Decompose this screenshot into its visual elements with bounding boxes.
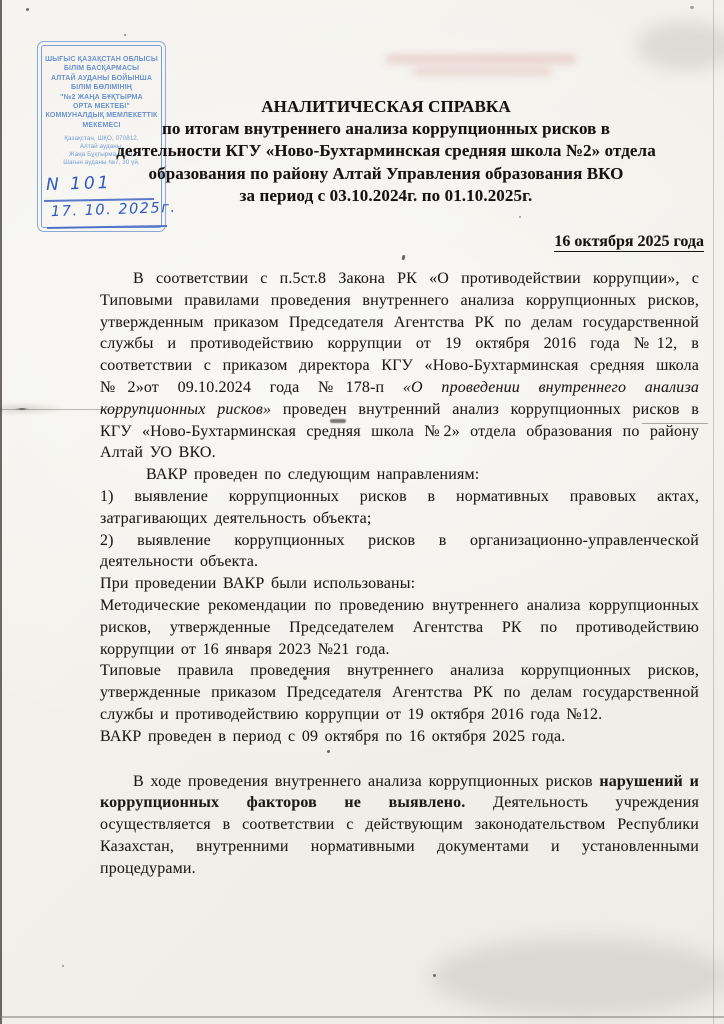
title-line-5: за период с 03.10.2024г. по 01.10.2025г. [72, 185, 700, 207]
document-date: 16 октября 2025 года [554, 233, 704, 252]
paragraph-direction-1: 1) выявление коррупционных рисков в норм… [100, 486, 699, 530]
paragraph-direction-2: 2) выявление коррупционных рисков в орга… [100, 530, 699, 574]
page-edge-right [713, 0, 714, 1024]
stamp-org-line: АЛТАЙ АУДАНЫ БОЙЫНША [42, 74, 161, 83]
paragraph-method-recommendations: Методические рекомендации по проведению … [100, 595, 699, 660]
scan-speck [124, 34, 126, 36]
paragraph-standard-rules: Типовые правила проведения внутреннего а… [100, 660, 699, 725]
staple-mark [0, 402, 66, 416]
page-edge-bottom [0, 1016, 724, 1018]
scanned-document-page: { "colors": { "paper": "#f2f0ea", "text"… [0, 0, 724, 1024]
scan-shadow-bottom-right [430, 938, 724, 1016]
scan-speck [62, 965, 64, 967]
paragraph-legal-basis: В соответствии с п.5ст.8 Закона РК «О пр… [100, 268, 699, 464]
page-edge-left [0, 0, 2, 1024]
document-title: АНАЛИТИЧЕСКАЯ СПРАВКА по итогам внутренн… [72, 96, 700, 207]
title-line-4: образования по району Алтай Управления о… [72, 163, 700, 185]
title-line-3: деятельности КГУ «Ново-Бухтарминская сре… [72, 140, 700, 162]
paragraph-text: В ходе проведения внутреннего анализа ко… [133, 773, 599, 790]
paragraph-conclusion: В ходе проведения внутреннего анализа ко… [100, 771, 699, 880]
stamp-org-line: ШЫҒЫС ҚАЗАҚСТАН ОБЛЫСЫ [42, 55, 161, 64]
title-line-2: по итогам внутреннего анализа коррупцион… [72, 118, 700, 140]
document-body: В соответствии с п.5ст.8 Закона РК «О пр… [100, 268, 699, 880]
paragraph-period: ВАКР проведен в период с 09 октября по 1… [100, 726, 699, 748]
ink-bleed-through-mark [378, 52, 596, 82]
stamp-org-line: БІЛІМ БӨЛІМІНІҢ [42, 83, 161, 92]
paragraph-directions-intro: ВАКР проведен по следующим направлениям: [100, 464, 699, 486]
title-line-1: АНАЛИТИЧЕСКАЯ СПРАВКА [72, 96, 700, 118]
scan-speck [690, 6, 694, 9]
stamp-org-line: БІЛІМ БАСҚАРМАСЫ [42, 64, 161, 73]
scan-speck [519, 216, 521, 218]
scan-speck [26, 8, 29, 11]
paragraph-text: В соответствии с п.5ст.8 Закона РК «О пр… [100, 270, 699, 396]
paragraph-used-intro: При проведении ВАКР были использованы: [100, 573, 699, 595]
document-date-line: 16 октября 2025 года [100, 233, 704, 251]
scan-speck [433, 974, 436, 977]
